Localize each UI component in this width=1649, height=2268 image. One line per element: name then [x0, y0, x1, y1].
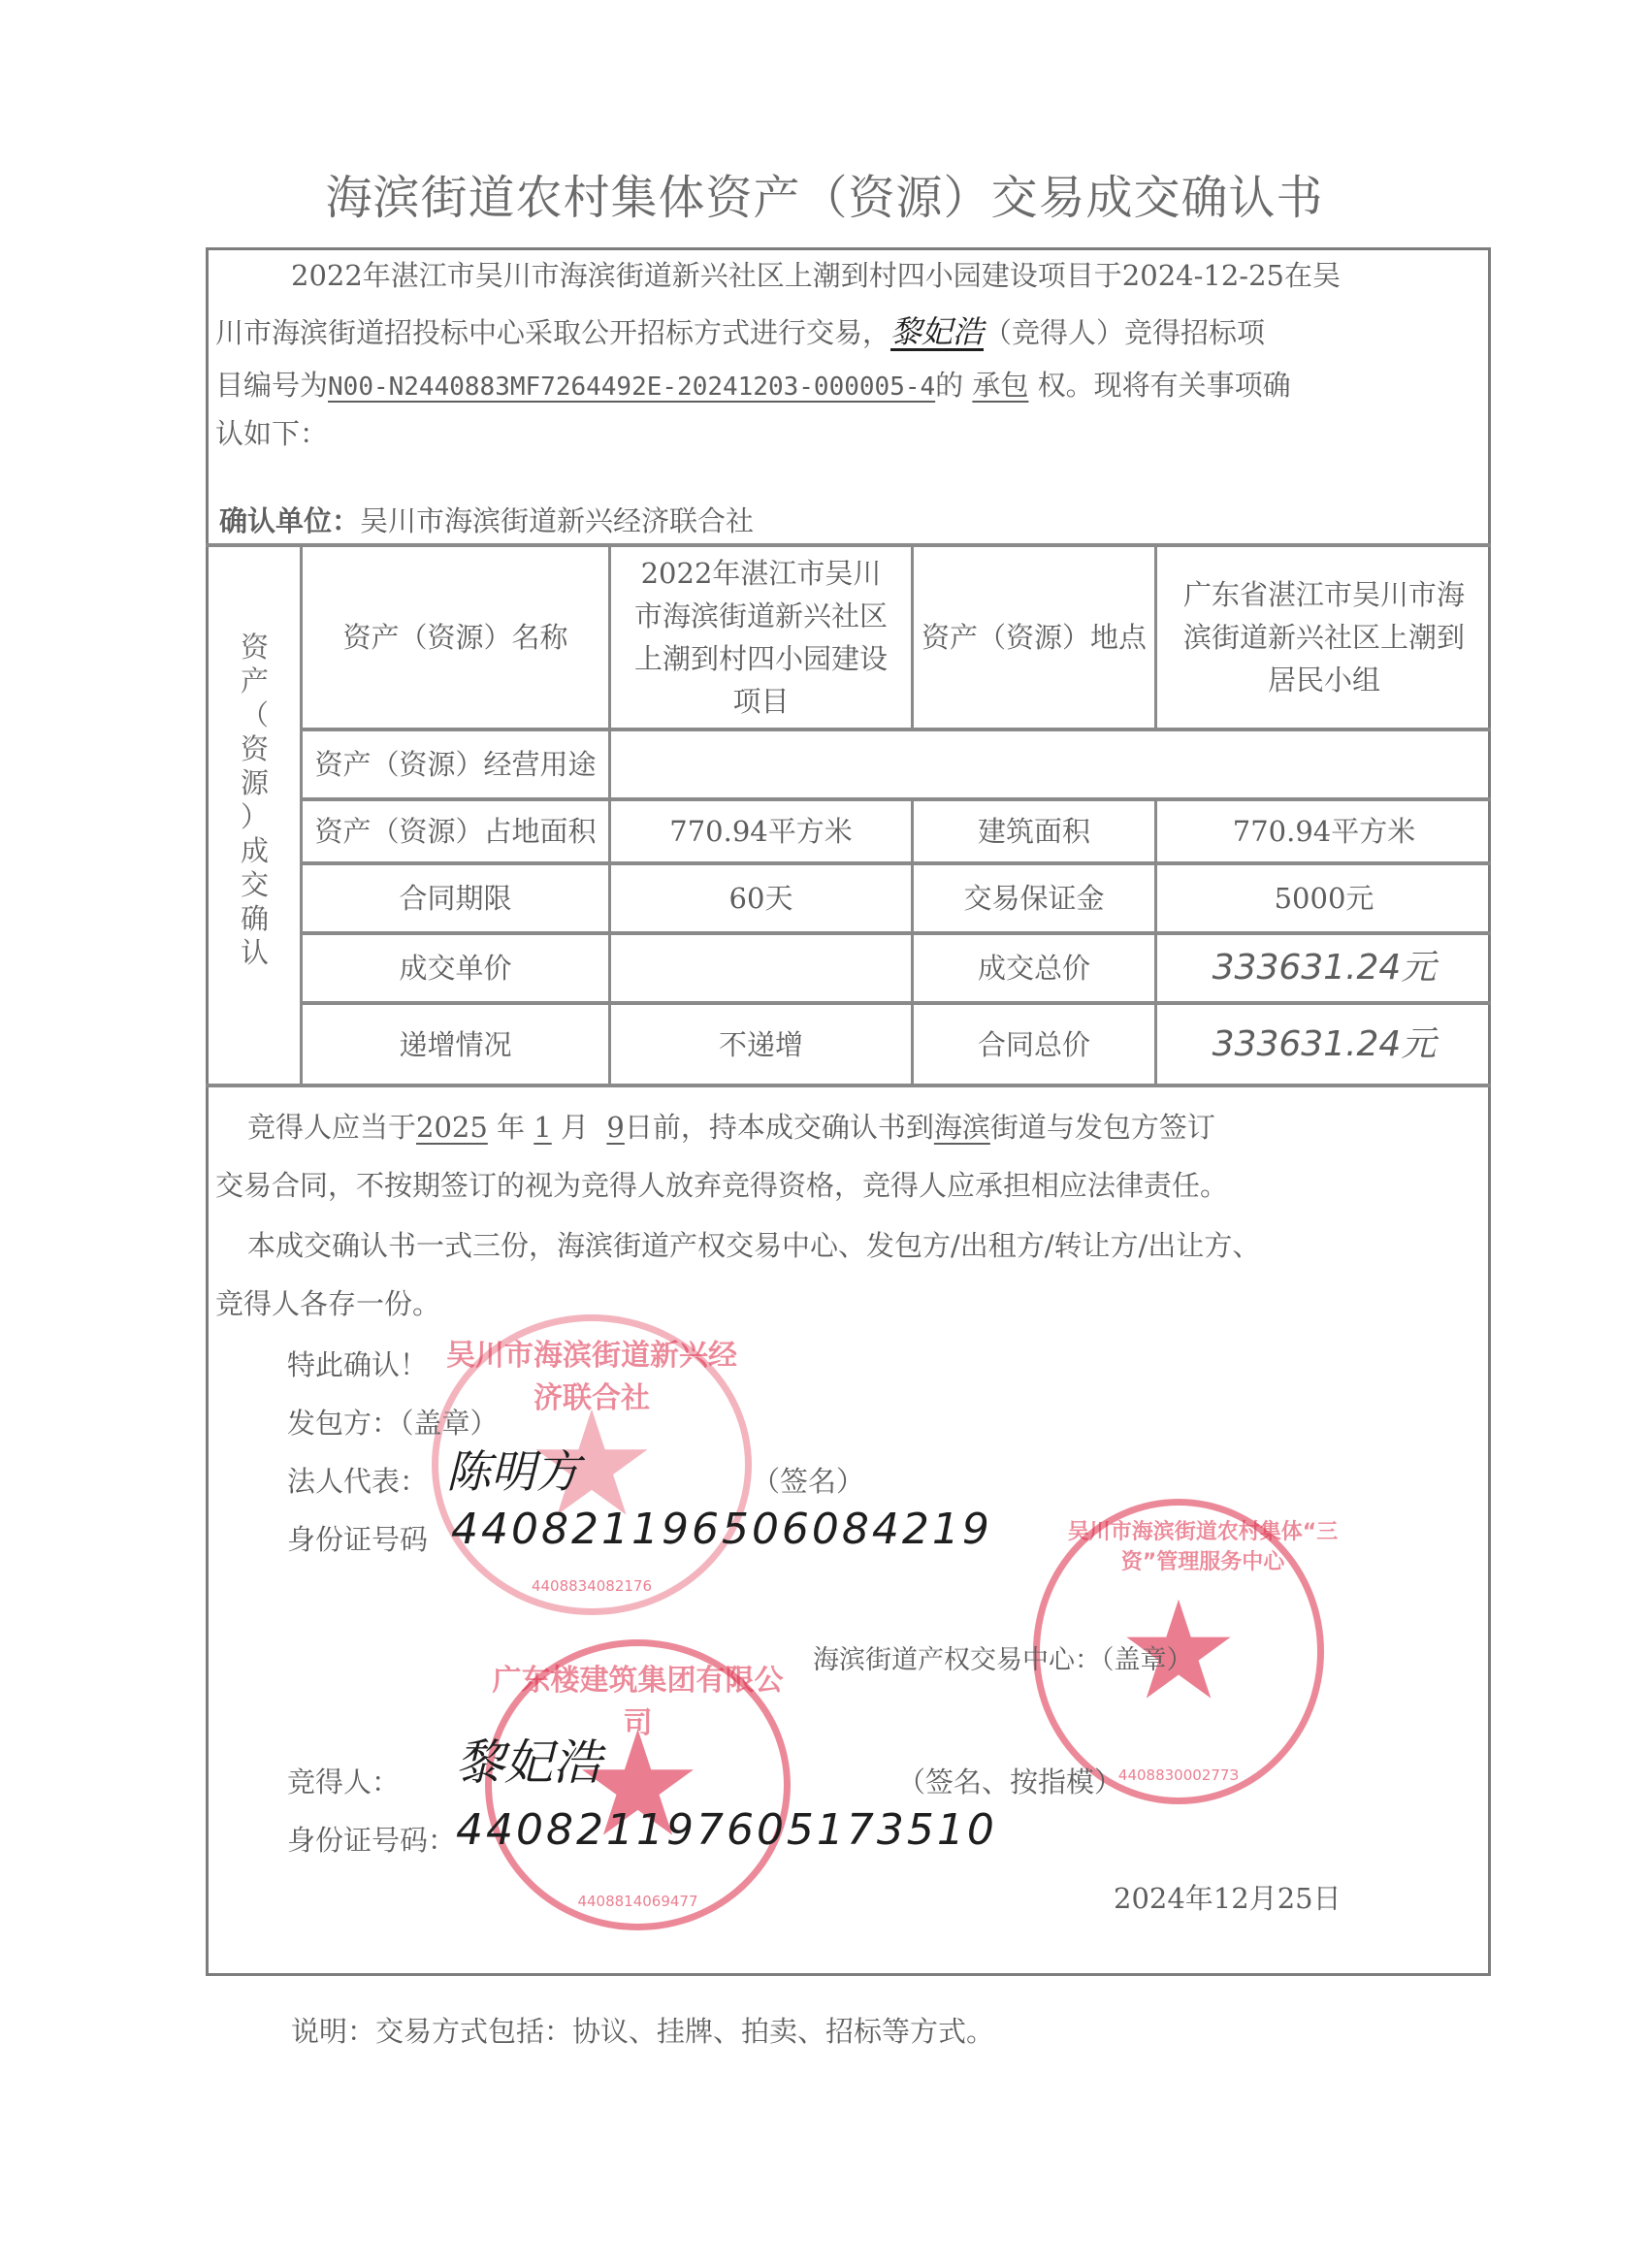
- contract-term-value: 60天: [611, 865, 911, 931]
- intro-line-3-mid: 的: [935, 369, 963, 402]
- deposit-value: 5000元: [1157, 865, 1491, 931]
- total-price-label: 成交总价: [914, 935, 1154, 1001]
- table-bottom-border: [206, 1084, 1491, 1087]
- deadline-year: 2025: [416, 1111, 488, 1144]
- intro-line-2: 川市海滨街道招投标中心采取公开招标方式进行交易，黎妃浩（竞得人）竞得招标项: [215, 310, 1265, 354]
- terms-line-3: 本成交确认书一式三份，海滨街道产权交易中心、发包方/出租方/转让方/出让方、: [247, 1224, 1260, 1267]
- hereby-confirm: 特此确认！: [287, 1344, 428, 1386]
- footnote: 说明：交易方式包括：协议、挂牌、拍卖、招标等方式。: [291, 2010, 994, 2050]
- right-type: 承包: [972, 369, 1028, 402]
- winner-signature: 黎妃浩: [456, 1741, 601, 1784]
- legal-rep-signature: 陈明方: [446, 1450, 580, 1493]
- legal-rep-label: 法人代表：: [287, 1460, 428, 1503]
- intro-line-2-prefix: 川市海滨街道招投标中心采取公开招标方式进行交易，: [215, 316, 890, 349]
- asset-name-label: 资产（资源）名称: [303, 547, 608, 728]
- increment-label: 递增情况: [303, 1005, 608, 1084]
- increment-value: 不递增: [611, 1005, 911, 1084]
- asset-location-value: 广东省湛江市吴川市海滨街道新兴社区上潮到居民小组: [1157, 547, 1491, 728]
- id-number-legal-rep: 440821196506084219: [451, 1508, 992, 1551]
- exchange-center-label: 海滨街道产权交易中心：（盖章）: [813, 1639, 1193, 1682]
- winner-sign-note: （签名、按指模）: [897, 1761, 1122, 1803]
- contract-term-label: 合同期限: [303, 865, 608, 931]
- seal-code: 4408834082176: [438, 1577, 745, 1595]
- intro-line-4: 认如下：: [215, 412, 328, 455]
- id-label-winner: 身份证号码：: [287, 1819, 456, 1862]
- deadline-day: 9: [606, 1111, 624, 1144]
- confirm-unit-label: 确认单位：: [219, 504, 360, 537]
- terms-line-4: 竞得人各存一份。: [215, 1282, 440, 1325]
- deposit-label: 交易保证金: [914, 865, 1154, 931]
- unit-price-label: 成交单价: [303, 935, 608, 1001]
- deadline-month: 1: [533, 1111, 551, 1144]
- building-area-value: 770.94平方米: [1157, 801, 1491, 861]
- terms-line-2: 交易合同，不按期签订的视为竞得人放弃竞得资格，竞得人应承担相应法律责任。: [215, 1164, 1228, 1207]
- intro-line-2-suffix: （竞得人）竞得招标项: [984, 316, 1265, 349]
- asset-use-value: [611, 731, 1491, 797]
- id-label-legal-rep: 身份证号码: [287, 1518, 428, 1561]
- contract-total-label: 合同总价: [914, 1005, 1154, 1084]
- street-name: 海滨: [934, 1111, 990, 1144]
- asset-location-label: 资产（资源）地点: [914, 547, 1154, 728]
- seal-code: 440881406947​7: [492, 1893, 784, 1910]
- project-number: N00-N2440883MF7264492E-20241203-000005-4: [328, 373, 935, 402]
- asset-use-label: 资产（资源）经营用途: [303, 731, 608, 797]
- intro-line-1: 2022年湛江市吴川市海滨街道新兴社区上潮到村四小园建设项目于2024-12-2…: [291, 254, 1341, 297]
- confirm-unit: 确认单位：吴川市海滨街道新兴经济联合社: [219, 500, 754, 542]
- confirm-unit-value: 吴川市海滨街道新兴经济联合社: [360, 504, 754, 537]
- intro-line-3-suffix: 权。现将有关事项确: [1038, 369, 1291, 402]
- id-number-winner: 440821197605173510: [456, 1809, 997, 1852]
- intro-line-3: 目编号为N00-N2440883MF7264492E-20241203-0000…: [215, 364, 1291, 408]
- intro-line-3-prefix: 目编号为: [215, 369, 328, 402]
- unit-price-value: [611, 935, 911, 1001]
- terms-line-1: 竞得人应当于2025 年 1 月 9日前，持本成交确认书到海滨街道与发包方签订: [247, 1106, 1215, 1149]
- contractor-label: 发包方：（盖章）: [287, 1402, 499, 1444]
- land-area-value: 770.94平方米: [611, 801, 911, 861]
- winner-name-handwritten: 黎妃浩: [890, 313, 984, 350]
- asset-name-value: 2022年湛江市吴川市海滨街道新兴社区上潮到村四小园建设项目: [611, 547, 911, 728]
- land-area-label: 资产（资源）占地面积: [303, 801, 608, 861]
- contract-total-value: 333631.24元: [1157, 1005, 1491, 1084]
- legal-rep-sign-note: （签名）: [752, 1460, 864, 1503]
- section-vertical-label: 资产（资源）成交确认: [209, 631, 301, 970]
- signing-date: 2024年12月25日: [1114, 1877, 1342, 1920]
- winner-label: 竞得人：: [287, 1761, 400, 1803]
- page-title: 海滨街道农村集体资产（资源）交易成交确认书: [0, 160, 1649, 227]
- building-area-label: 建筑面积: [914, 801, 1154, 861]
- seal-text: 吴川市海滨街道农村集体“三资”管理服务中心: [1040, 1515, 1366, 1575]
- total-price-value: 333631.24元: [1157, 935, 1491, 1001]
